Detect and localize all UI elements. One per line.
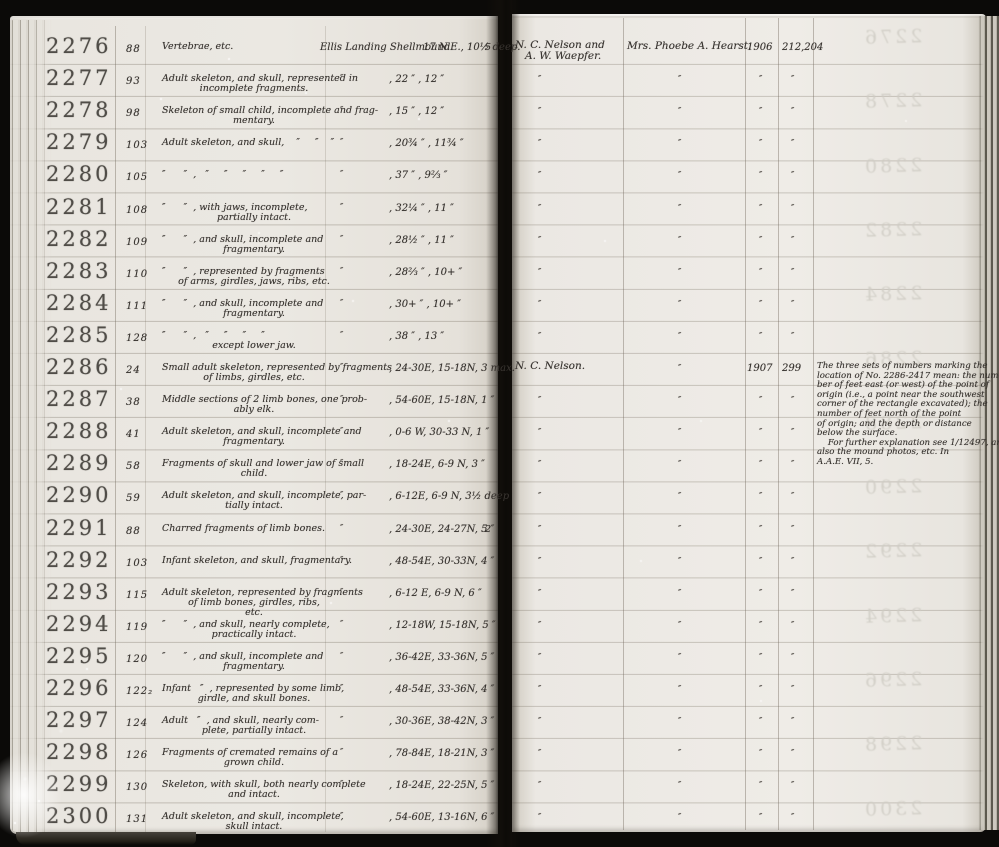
column-rule: [115, 26, 116, 832]
bleed-through-number: 2284: [862, 282, 923, 306]
catalog-number: 2293: [46, 580, 111, 604]
accession-ditto: ″: [791, 749, 794, 760]
catalog-number: 2279: [46, 130, 111, 154]
coordinates: , 28⅔ ″ , 10+ ″: [389, 267, 462, 278]
collector-ditto: ″: [538, 236, 541, 247]
donor-ditto: ″: [678, 396, 681, 407]
coordinates: , 32¼ ″ , 11 ″: [389, 203, 454, 214]
donor-ditto: ″: [678, 589, 681, 600]
specimen-number: 108: [126, 205, 148, 216]
bleed-through-number: 2296: [862, 668, 923, 692]
year-ditto: ″: [759, 396, 762, 407]
column-rule: [813, 18, 814, 830]
bleed-through-number: 2294: [862, 604, 923, 628]
bleed-through-number: 2298: [862, 733, 923, 757]
collector-ditto: ″: [538, 749, 541, 760]
specimen-number: 103: [126, 558, 148, 569]
locality: ″: [340, 491, 343, 502]
catalog-number: 2284: [46, 291, 111, 315]
specimen-number: 88: [126, 44, 141, 55]
accession-ditto: ″: [791, 396, 794, 407]
accession-ditto: ″: [791, 300, 794, 311]
coordinates: , 24-30E, 15-18N, 3 max.: [389, 363, 515, 374]
bleed-through-number: 2280: [862, 154, 923, 178]
year-ditto: ″: [759, 460, 762, 471]
year-ditto: ″: [759, 236, 762, 247]
remarks-line: A.A.E. VII, 5.: [817, 458, 993, 468]
catalog-number: 2288: [46, 419, 111, 443]
locality: ″: [340, 106, 343, 117]
specimen-number: 88: [126, 526, 141, 537]
collector-ditto: ″: [538, 653, 541, 664]
coordinates: , 18-24E, 22-25N, 5 ″: [389, 780, 494, 791]
specimen-number: 110: [126, 269, 148, 280]
accession-ditto: ″: [791, 428, 794, 439]
coordinates: , 38 ″ , 13 ″: [389, 331, 444, 342]
edge-note: 2: [485, 524, 491, 535]
donor-ditto: ″: [678, 171, 681, 182]
specimen-number: 122₂: [126, 686, 153, 697]
year-ditto: ″: [759, 204, 762, 215]
accession-ditto: ″: [791, 781, 794, 792]
locality: ″: [340, 299, 343, 310]
coordinates: , 37 ″ , 9⅔ ″: [389, 170, 448, 181]
collector-ditto: ″: [538, 396, 541, 407]
year-ditto: ″: [759, 492, 762, 503]
collector-name: N. C. Nelson.: [515, 361, 585, 372]
specimen-number: 131: [126, 814, 148, 825]
accession-ditto: ″: [791, 492, 794, 503]
year-ditto: ″: [759, 685, 762, 696]
description-line: partially intact.: [162, 212, 346, 223]
bleed-through-number: 2282: [862, 218, 923, 242]
specimen-number: 38: [126, 397, 141, 408]
locality: ″: [340, 138, 343, 149]
accession-ditto: ″: [791, 139, 794, 150]
locality: ″: [340, 267, 343, 278]
donor-ditto: ″: [678, 107, 681, 118]
specimen-number: 124: [126, 718, 148, 729]
donor-ditto: ″: [678, 460, 681, 471]
description-line: tially intact.: [162, 500, 346, 511]
collector-ditto: ″: [538, 685, 541, 696]
donor-ditto: ″: [678, 621, 681, 632]
description-line: grown child.: [162, 757, 346, 768]
description-line: ably elk.: [162, 404, 346, 415]
locality: ″: [340, 203, 343, 214]
description-line: Infant skeleton, and skull, fragmentary.: [162, 555, 346, 566]
accession-ditto: ″: [791, 75, 794, 86]
collector-ditto: ″: [538, 813, 541, 824]
catalog-number: 2292: [46, 548, 111, 572]
collector-ditto: ″: [538, 75, 541, 86]
donor-ditto: ″: [678, 525, 681, 536]
catalog-number: 2289: [46, 451, 111, 475]
year-ditto: ″: [759, 653, 762, 664]
coordinates: , 54-60E, 13-16N, 6 ″: [389, 812, 494, 823]
collector-ditto: ″: [538, 525, 541, 536]
donor-ditto: ″: [678, 268, 681, 279]
accession-year: 1907: [747, 363, 772, 374]
coordinates: , 6-12 E, 6-9 N, 6 ″: [389, 588, 482, 599]
column-rule: [778, 18, 779, 830]
collector-ditto: ″: [538, 589, 541, 600]
year-ditto: ″: [759, 107, 762, 118]
accession-ditto: ″: [791, 813, 794, 824]
locality: ″: [340, 170, 343, 181]
bleed-through-number: 2300: [862, 797, 923, 821]
collector-ditto: ″: [538, 428, 541, 439]
description-line: plete, partially intact.: [162, 725, 346, 736]
specimen-number: 126: [126, 750, 148, 761]
collector-ditto: ″: [538, 781, 541, 792]
catalog-number: 2280: [46, 162, 111, 186]
locality: ″: [340, 556, 343, 567]
coordinates: , 15 ″ , 12 ″: [389, 106, 444, 117]
year-ditto: ″: [759, 525, 762, 536]
coordinates: , 30-36E, 38-42N, 3 ″: [389, 716, 494, 727]
description-line: incomplete fragments.: [162, 83, 346, 94]
specimen-number: 98: [126, 108, 141, 119]
donor-ditto: ″: [678, 557, 681, 568]
donor-ditto: ″: [678, 813, 681, 824]
specimen-number: 115: [126, 590, 148, 601]
specimen-number: 120: [126, 654, 148, 665]
year-ditto: ″: [759, 557, 762, 568]
description-line: child.: [162, 468, 346, 479]
accession-ditto: ″: [791, 525, 794, 536]
coordinates: , 54-60E, 15-18N, 1 ″: [389, 395, 494, 406]
accession-ditto: ″: [791, 204, 794, 215]
ledger-scan: 2276227822802282228422862288229022922294…: [0, 0, 999, 847]
description-line: Vertebrae, etc.: [162, 41, 346, 52]
description-line: fragmentary.: [162, 661, 346, 672]
description-line: fragmentary.: [162, 244, 346, 255]
collector-ditto: ″: [538, 460, 541, 471]
year-ditto: ″: [759, 75, 762, 86]
bleed-through-number: 2290: [862, 475, 923, 499]
donor-ditto: ″: [678, 75, 681, 86]
donor-ditto: ″: [678, 332, 681, 343]
coordinates: , 12-18W, 15-18N, 5 ″: [389, 620, 496, 631]
donor-ditto: ″: [678, 139, 681, 150]
specimen-number: 103: [126, 140, 148, 151]
locality: ″: [340, 588, 343, 599]
specimen-number: 130: [126, 782, 148, 793]
collector-name: A. W. Waepfer.: [525, 51, 601, 62]
donor-ditto: ″: [678, 685, 681, 696]
specimen-number: 109: [126, 237, 148, 248]
dust-specks: [0, 0, 2, 2]
year-ditto: ″: [759, 781, 762, 792]
catalog-number: 2290: [46, 483, 111, 507]
scan-light-artifact: [0, 752, 62, 838]
description-line: skull intact.: [162, 821, 346, 832]
description-line: and intact.: [162, 789, 346, 800]
specimen-number: 59: [126, 493, 141, 504]
collector-ditto: ″: [538, 557, 541, 568]
year-ditto: ″: [759, 813, 762, 824]
coordinates: , 6-12E, 6-9 N, 3½ deep: [389, 491, 509, 502]
collector-ditto: ″: [538, 268, 541, 279]
locality: ″: [340, 459, 343, 470]
donor-ditto: ″: [678, 300, 681, 311]
coordinates: , 30+ ″ , 10+ ″: [389, 299, 461, 310]
donor-ditto: ″: [678, 749, 681, 760]
collector-ditto: ″: [538, 204, 541, 215]
collector-ditto: ″: [538, 621, 541, 632]
accession-ditto: ″: [791, 268, 794, 279]
specimen-number: 41: [126, 429, 141, 440]
year-ditto: ″: [759, 717, 762, 728]
catalog-number: 2282: [46, 227, 111, 251]
catalog-number: 2295: [46, 644, 111, 668]
collector-ditto: ″: [538, 717, 541, 728]
description-line: fragmentary.: [162, 436, 346, 447]
donor-ditto: ″: [678, 653, 681, 664]
accession-number: 299: [782, 363, 801, 374]
accession-ditto: ″: [791, 621, 794, 632]
specimen-number: 128: [126, 333, 148, 344]
coordinates: , 36-42E, 33-36N, 5 ″: [389, 652, 494, 663]
coordinates: , 78-84E, 18-21N, 3 ″: [389, 748, 494, 759]
accession-ditto: ″: [791, 717, 794, 728]
edge-note: 5: [485, 42, 491, 53]
description-line: practically intact.: [162, 629, 346, 640]
locality: ″: [340, 395, 343, 406]
locality: ″: [340, 235, 343, 246]
column-rule: [623, 18, 624, 830]
locality: ″: [340, 684, 343, 695]
year-ditto: ″: [759, 139, 762, 150]
locality: ″: [340, 427, 343, 438]
coordinates: , 18-24E, 6-9 N, 3 ″: [389, 459, 485, 470]
locality: ″: [340, 812, 343, 823]
locality: ″: [340, 74, 343, 85]
catalog-number: 2287: [46, 387, 111, 411]
year-ditto: ″: [759, 589, 762, 600]
accession-ditto: ″: [791, 107, 794, 118]
description-line: except lower jaw.: [162, 340, 346, 351]
accession-ditto: ″: [791, 653, 794, 664]
coordinates: , 20¾ ″ , 11¾ ″: [389, 138, 464, 149]
description-line: of limbs, girdles, etc.: [162, 372, 346, 383]
description-line: etc.: [162, 607, 346, 618]
column-rule: [745, 18, 746, 830]
catalog-number: 2278: [46, 98, 111, 122]
accession-ditto: ″: [791, 332, 794, 343]
year-ditto: ″: [759, 749, 762, 760]
donor-ditto: ″: [678, 364, 681, 375]
catalog-number: 2285: [46, 323, 111, 347]
donor-name: Mrs. Phoebe A. Hearst.: [627, 41, 751, 52]
catalog-number: 2296: [46, 676, 111, 700]
description-line: fragmentary.: [162, 308, 346, 319]
donor-ditto: ″: [678, 492, 681, 503]
year-ditto: ″: [759, 428, 762, 439]
year-ditto: ″: [759, 621, 762, 632]
specimen-number: 93: [126, 76, 141, 87]
collector-ditto: ″: [538, 171, 541, 182]
coordinates: , 48-54E, 30-33N, 4 ″: [389, 556, 494, 567]
bleed-through-number: 2278: [862, 90, 923, 114]
coordinates: , 22 ″ , 12 ″: [389, 74, 444, 85]
accession-year: 1906: [747, 42, 772, 53]
catalog-number: 2297: [46, 708, 111, 732]
year-ditto: ″: [759, 332, 762, 343]
description-line: of arms, girdles, jaws, ribs, etc.: [162, 276, 346, 287]
accession-ditto: ″: [791, 171, 794, 182]
collector-ditto: ″: [538, 139, 541, 150]
specimen-number: 105: [126, 172, 148, 183]
catalog-number: 2286: [46, 355, 111, 379]
description-line: Adult skeleton, and skull, ″ ″ ″: [162, 137, 346, 148]
collector-ditto: ″: [538, 492, 541, 503]
locality: ″: [340, 331, 343, 342]
donor-ditto: ″: [678, 204, 681, 215]
locality: ″: [340, 780, 343, 791]
accession-ditto: ″: [791, 460, 794, 471]
year-ditto: ″: [759, 300, 762, 311]
specimen-number: 24: [126, 365, 141, 376]
specimen-number: 58: [126, 461, 141, 472]
specimen-number: 119: [126, 622, 148, 633]
accession-ditto: ″: [791, 557, 794, 568]
bleed-through-number: 2292: [862, 540, 923, 564]
catalog-number: 2283: [46, 259, 111, 283]
donor-ditto: ″: [678, 236, 681, 247]
donor-ditto: ″: [678, 781, 681, 792]
year-ditto: ″: [759, 171, 762, 182]
locality: ″: [340, 363, 343, 374]
description-line: mentary.: [162, 115, 346, 126]
locality: ″: [340, 748, 343, 759]
locality: ″: [340, 620, 343, 631]
coordinates: 17 N.E., 10½ deep.: [423, 42, 520, 53]
collector-ditto: ″: [538, 300, 541, 311]
locality: ″: [340, 524, 343, 535]
accession-ditto: ″: [791, 685, 794, 696]
year-ditto: ″: [759, 268, 762, 279]
coordinates: , 24-30E, 24-27N, 5 ″: [389, 524, 494, 535]
accession-ditto: ″: [791, 589, 794, 600]
coordinates: , 48-54E, 33-36N, 4 ″: [389, 684, 494, 695]
description-line: ″ ″ , ″ ″ ″ ″ ″: [162, 169, 346, 180]
catalog-number: 2291: [46, 516, 111, 540]
description-line: Charred fragments of limb bones.: [162, 523, 346, 534]
collector-ditto: ″: [538, 107, 541, 118]
locality: ″: [340, 652, 343, 663]
catalog-number: 2294: [46, 612, 111, 636]
catalog-number: 2277: [46, 66, 111, 90]
accession-number: 212,204: [782, 42, 823, 53]
donor-ditto: ″: [678, 717, 681, 728]
accession-ditto: ″: [791, 236, 794, 247]
donor-ditto: ″: [678, 428, 681, 439]
catalog-number: 2276: [46, 34, 111, 58]
catalog-number: 2281: [46, 195, 111, 219]
coordinates: , 0-6 W, 30-33 N, 1 ″: [389, 427, 489, 438]
collector-ditto: ″: [538, 332, 541, 343]
specimen-number: 111: [126, 301, 148, 312]
description-line: girdle, and skull bones.: [162, 693, 346, 704]
locality: ″: [340, 716, 343, 727]
bleed-through-number: 2276: [862, 25, 923, 49]
coordinates: , 28½ ″ , 11 ″: [389, 235, 454, 246]
